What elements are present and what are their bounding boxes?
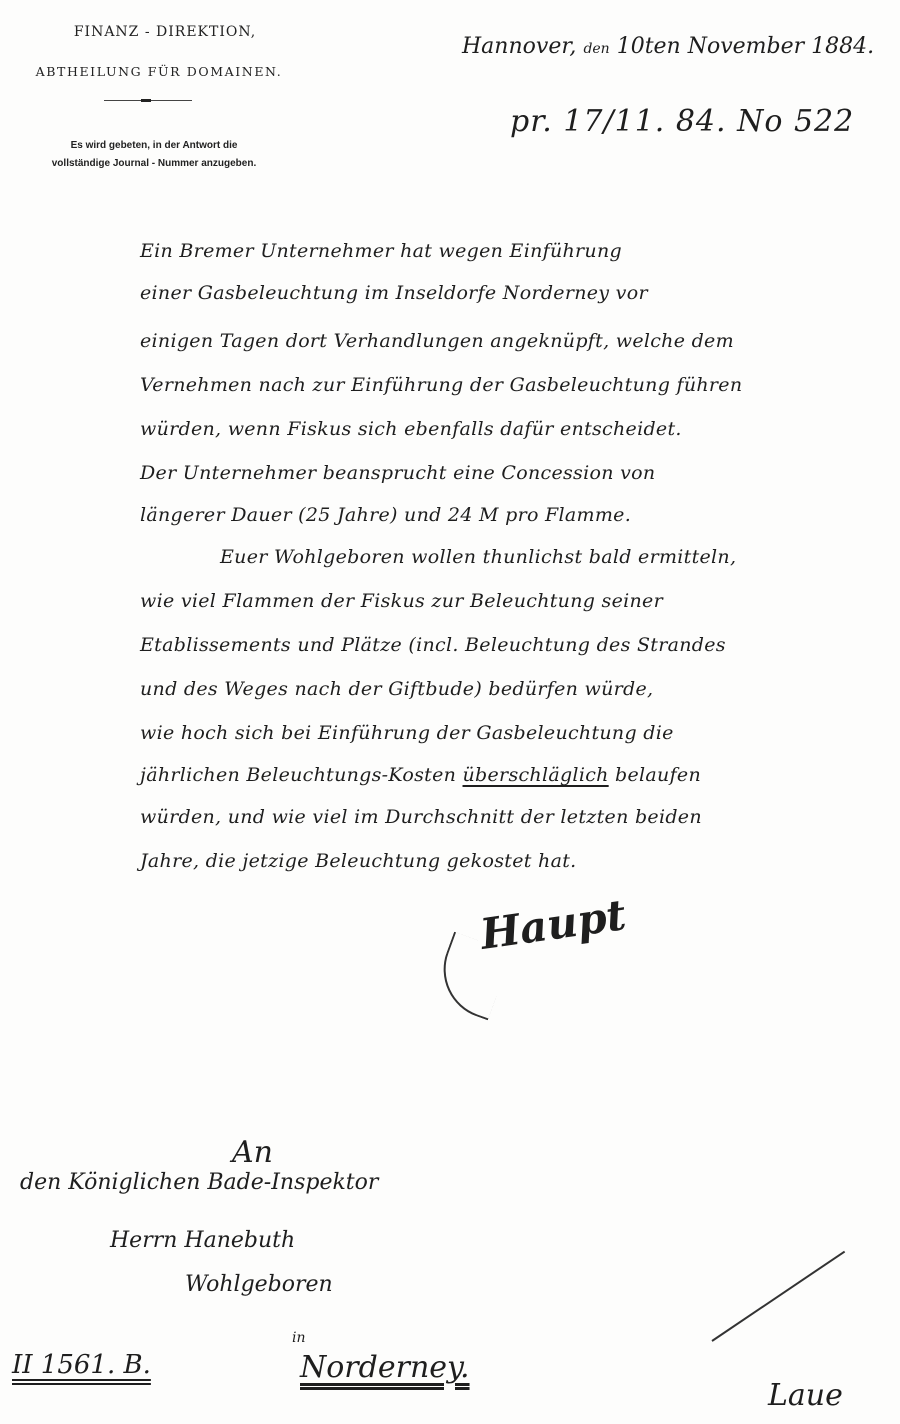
letterhead-title: FINANZ - DIREKTION, — [30, 24, 300, 40]
body-line: Euer Wohlgeboren wollen thunlichst bald … — [220, 546, 736, 568]
body-line: würden, und wie viel im Durchschnitt der… — [140, 806, 702, 828]
initials-stroke — [711, 1251, 845, 1342]
address-line-1: den Königlichen Bade-Inspektor — [20, 1170, 378, 1195]
body-line-text: belaufen — [615, 764, 701, 786]
body-line: würden, wenn Fiskus sich ebenfalls dafür… — [140, 418, 682, 440]
body-line: Der Unternehmer beansprucht eine Concess… — [140, 462, 655, 484]
address-an: An — [232, 1135, 273, 1170]
underlined-word: überschläglich — [463, 764, 609, 786]
body-line: längerer Dauer (25 Jahre) und 24 M pro F… — [140, 504, 631, 526]
reference-number: II 1561. B. — [12, 1350, 151, 1380]
body-line: einigen Tagen dort Verhandlungen angeknü… — [140, 330, 734, 352]
body-line: Ein Bremer Unternehmer hat wegen Einführ… — [140, 240, 622, 262]
body-line: einer Gasbeleuchtung im Inseldorfe Norde… — [140, 282, 648, 304]
address-line-2: Herrn Hanebuth — [110, 1228, 295, 1253]
body-line: wie hoch sich bei Einführung der Gasbele… — [140, 722, 674, 744]
body-line: und des Weges nach der Giftbude) bedürfe… — [140, 678, 653, 700]
body-line: wie viel Flammen der Fiskus zur Beleucht… — [140, 590, 663, 612]
address-line-3: Wohlgeboren — [185, 1272, 333, 1297]
letterhead-divider-ornament — [141, 99, 151, 102]
body-line: Etablissements und Plätze (incl. Beleuch… — [140, 634, 726, 656]
dateline: Hannover, den 10ten November 1884. — [462, 34, 874, 59]
address-in: in — [292, 1330, 306, 1346]
dateline-den: den — [583, 41, 609, 57]
letter-page: FINANZ - DIREKTION, ABTHEILUNG FÜR DOMAI… — [0, 0, 900, 1424]
dateline-date: 10ten November 1884. — [617, 34, 874, 59]
letterhead-instruction-line-2: vollständige Journal - Nummer anzugeben. — [34, 155, 274, 173]
letterhead-instruction: Es wird gebeten, in der Antwort die voll… — [34, 137, 274, 173]
received-note: pr. 17/11. 84. No 522 — [510, 104, 854, 139]
dateline-place: Hannover, — [462, 34, 576, 59]
body-line: Vernehmen nach zur Einführung der Gasbel… — [140, 374, 742, 396]
body-line-text: jährlichen Beleuchtungs-Kosten — [140, 764, 456, 786]
initials: Laue — [768, 1378, 843, 1413]
body-line: Jahre, die jetzige Beleuchtung gekostet … — [140, 850, 576, 872]
letterhead-subtitle: ABTHEILUNG FÜR DOMAINEN. — [14, 64, 304, 79]
destination: Norderney. — [300, 1350, 470, 1385]
body-line: jährlichen Beleuchtungs-Kosten überschlä… — [140, 764, 701, 786]
letterhead-instruction-line-1: Es wird gebeten, in der Antwort die — [34, 137, 274, 155]
